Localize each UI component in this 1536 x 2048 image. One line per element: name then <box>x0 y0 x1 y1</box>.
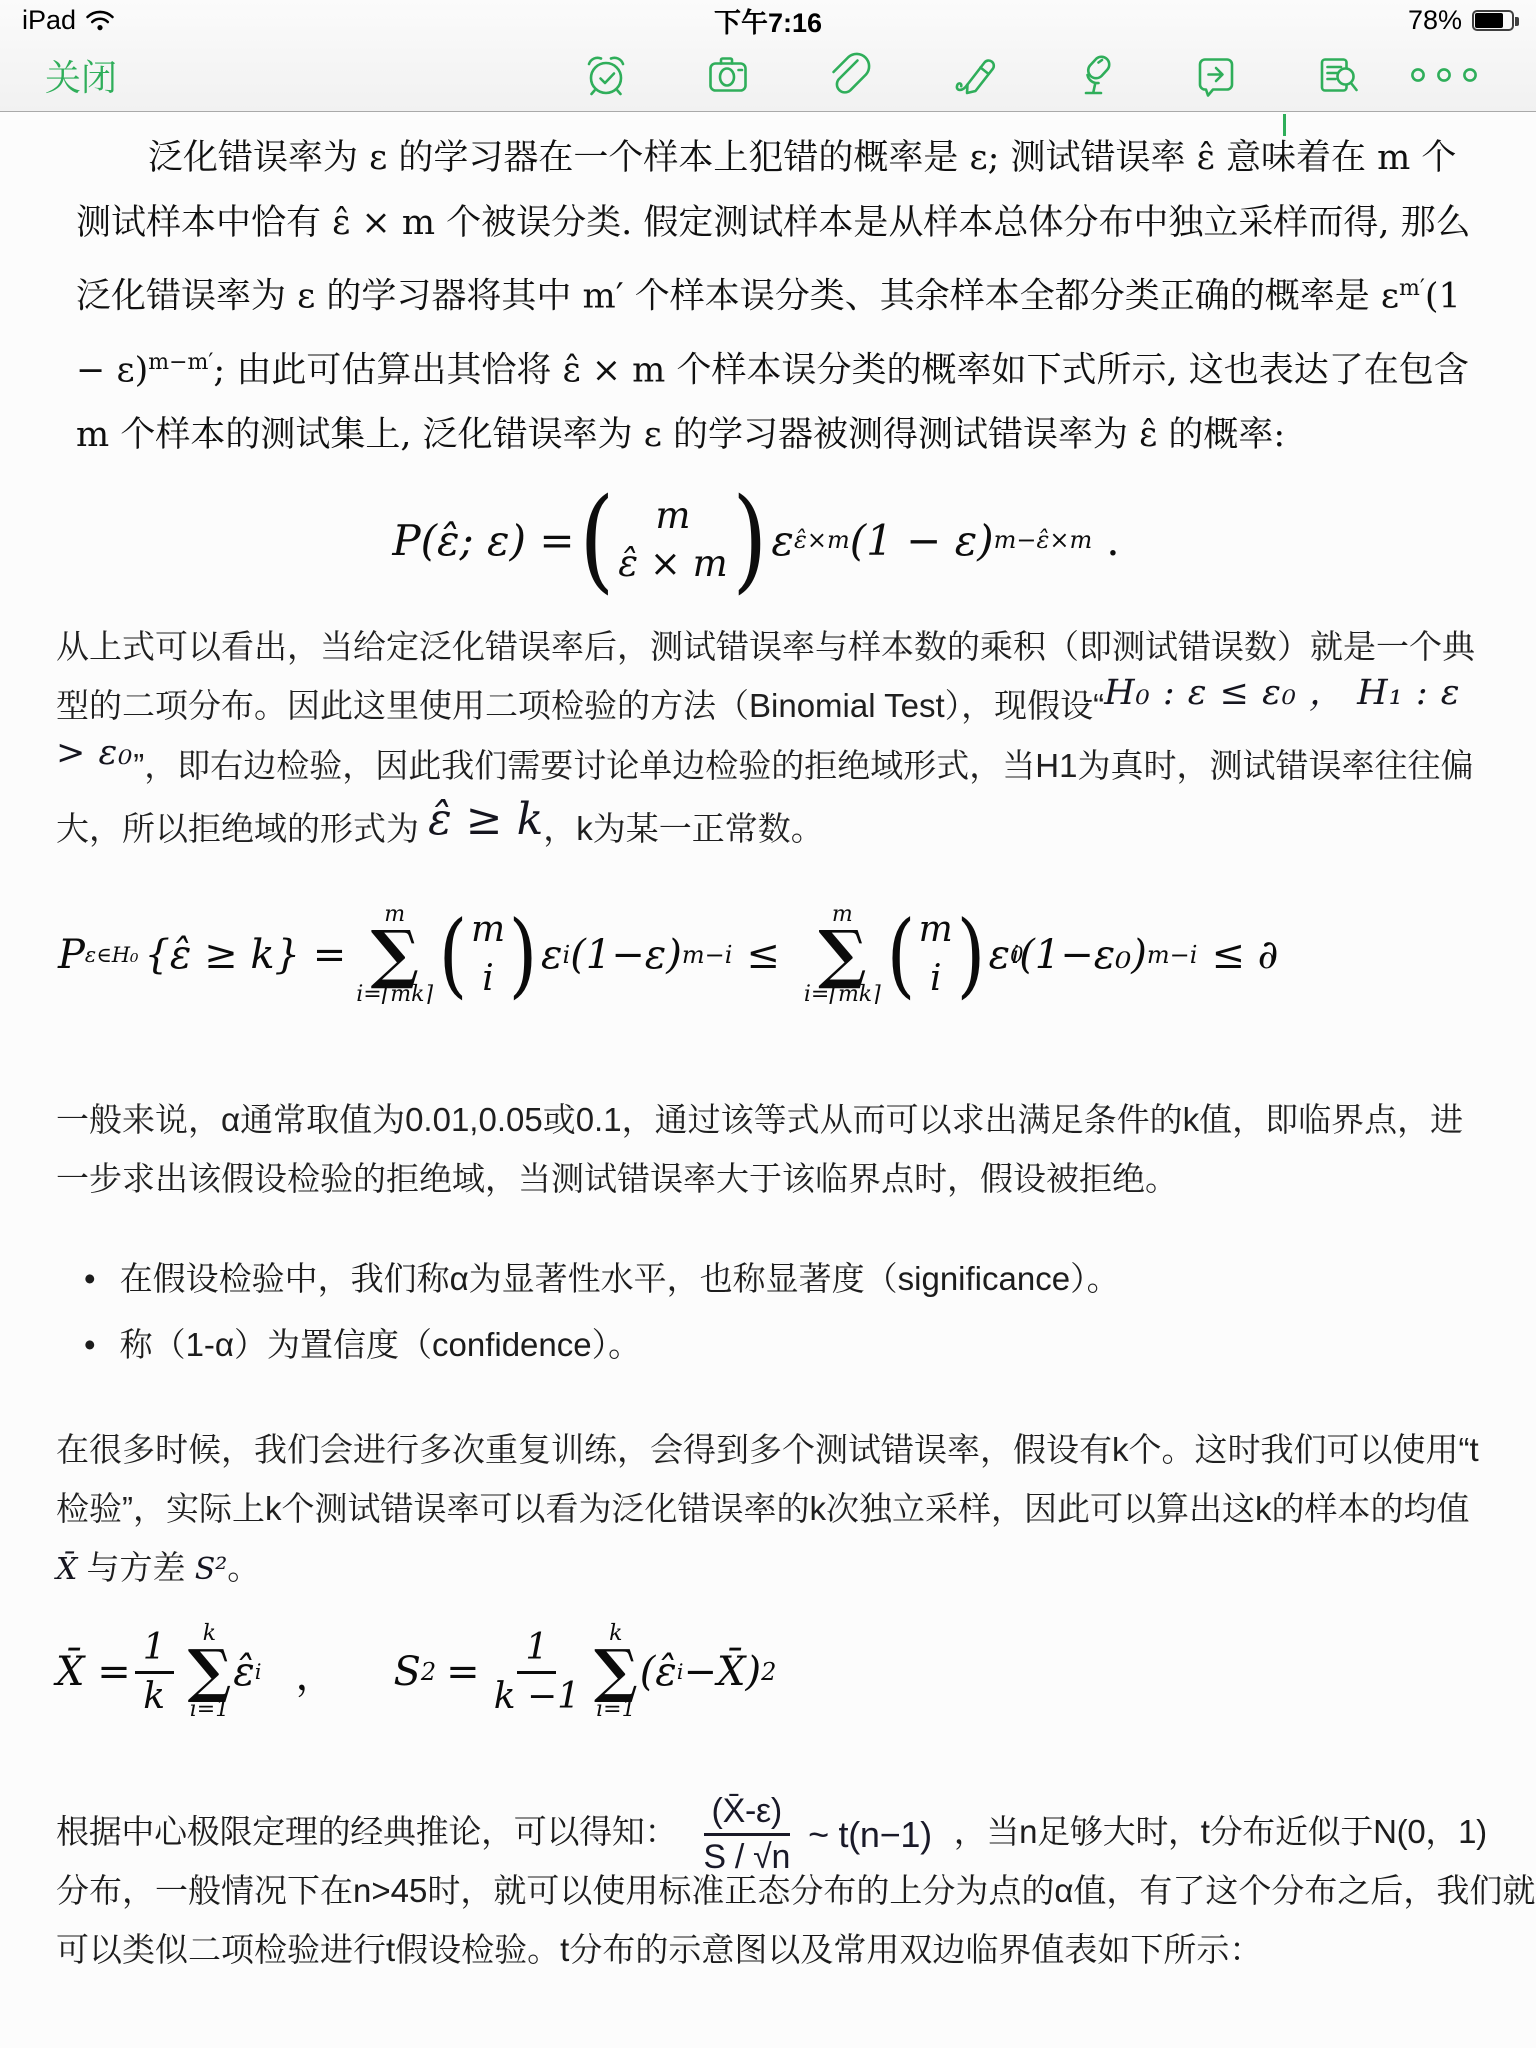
formula-term: {ε̂ ≥ k} = <box>144 932 346 978</box>
exponent: ε̂×m <box>794 526 850 554</box>
exponent: 2 <box>421 1658 436 1686</box>
note-body[interactable]: 泛化错误率为 ε 的学习器在一个样本上犯错的概率是 ε; 测试错误率 ε̂ 意味… <box>0 112 1536 1979</box>
status-bar: iPad 下午7:16 78% <box>0 0 1536 40</box>
right-paren: ) <box>956 916 985 994</box>
formula-term: ε <box>541 932 562 978</box>
formula-term: P <box>58 932 85 978</box>
exponent: m−i <box>1147 941 1198 969</box>
formula-term: (ε̂ <box>640 1649 677 1695</box>
book-text: 泛化错误率为 ε 的学习器在一个样本上犯错的概率是 ε; 测试错误率 ε̂ 意味… <box>76 138 1471 317</box>
binomial-coefficient: m i <box>471 906 505 1003</box>
bullet-dot: • <box>84 1246 96 1312</box>
bullet-dot: • <box>84 1312 96 1378</box>
rejection-probability-formula[interactable]: Pε∈H₀ {ε̂ ≥ k} = m ∑ i=⌈mk⌉ ( m i ) εi(1… <box>58 904 1496 1007</box>
list-item: • 在假设检验中，我们称α为显著性水平，也称显著度（significance）。 <box>84 1246 1496 1312</box>
book-excerpt-image[interactable]: 泛化错误率为 ε 的学习器在一个样本上犯错的概率是 ε; 测试错误率 ε̂ 意味… <box>56 116 1496 468</box>
note-search-icon[interactable] <box>1314 51 1362 99</box>
handwriting-pen-icon[interactable] <box>948 51 996 99</box>
subscript: i <box>255 1660 262 1684</box>
variance-symbol-image[interactable]: S² <box>195 1552 228 1587</box>
paragraph-text: 根据中心极限定理的经典推论，可以得知： <box>56 1802 677 1861</box>
equals: = <box>446 1649 480 1695</box>
summation: m ∑ i=⌈mk⌉ <box>804 904 881 1007</box>
list-item: • 称（1-α）为置信度（confidence）。 <box>84 1312 1496 1378</box>
right-paren: ) <box>732 493 767 588</box>
subscript: i <box>677 1660 684 1684</box>
binomial-coefficient: m i <box>919 906 953 1003</box>
fraction: 1 k <box>135 1626 174 1717</box>
reminder-alarm-icon[interactable] <box>582 51 630 99</box>
formula-term: S <box>393 1649 420 1695</box>
exponent: i <box>563 941 571 969</box>
formula-term: ≤ ∂ <box>1211 932 1278 978</box>
fraction: 1 k −1 <box>494 1626 580 1717</box>
binomial-probability-formula[interactable]: P(ε̂; ε) = ( m ε̂ × m ) εε̂×m (1 − ε)m−ε… <box>56 492 1456 588</box>
app-header: iPad 下午7:16 78% 关闭 <box>0 0 1536 112</box>
camera-icon[interactable] <box>704 51 752 99</box>
list-item-text: 在假设检验中，我们称α为显著性水平，也称显著度（significance）。 <box>120 1246 1120 1312</box>
paragraph-text: ，当n足够大时，t分布近似于N(0，1) <box>954 1802 1487 1861</box>
formula-term: (1 − ε) <box>850 516 994 565</box>
formula-term: (1−ε) <box>570 932 682 978</box>
clt-paragraph-line: 根据中心极限定理的经典推论，可以得知： (X̄-ε) S / √n ~ t(n−… <box>56 1775 1496 1862</box>
alpha-paragraph: 一般来说，α通常取值为0.01,0.05或0.1，通过该等式从而可以求出满足条件… <box>56 1090 1496 1208</box>
formula-term: ε <box>771 516 794 565</box>
summation: k ∑ i=1 <box>594 1623 638 1720</box>
left-paren: ( <box>579 493 614 588</box>
exponent: m−ε̂×m <box>994 526 1093 554</box>
formula-term: X̄ = <box>56 1649 131 1695</box>
rejection-region-formula-image[interactable]: ε̂ ≥ k <box>428 794 543 845</box>
book-superscript: m−m′ <box>148 350 213 375</box>
book-text: ; 由此可估算出其恰将 ε̂ × m 个样本误分类的概率如下式所示, 这也表达了… <box>76 350 1469 455</box>
binomial-coefficient: m ε̂ × m <box>618 492 727 588</box>
audio-microphone-icon[interactable] <box>1070 51 1118 99</box>
paragraph-text: 在很多时候，我们会进行多次重复训练，会得到多个测试错误率，假设有k个。这时我们可… <box>56 1431 1479 1527</box>
t-distribution-formula-image[interactable]: (X̄-ε) S / √n ~ t(n−1) <box>699 1791 931 1878</box>
comma: ， <box>295 1644 335 1701</box>
summation: k ∑ i=1 <box>188 1623 232 1720</box>
formula-term: ε <box>989 932 1010 978</box>
attachment-paperclip-icon[interactable] <box>826 51 874 99</box>
list-item-text: 称（1-α）为置信度（confidence）。 <box>120 1312 642 1378</box>
paragraph-text: 与方差 <box>77 1549 194 1586</box>
share-send-icon[interactable] <box>1192 51 1240 99</box>
summation: m ∑ i=⌈mk⌉ <box>356 904 433 1007</box>
exponent: i <box>1012 941 1020 969</box>
battery-percent: 78% <box>1408 5 1462 36</box>
book-superscript: m′ <box>1399 276 1425 301</box>
bullet-list: • 在假设检验中，我们称α为显著性水平，也称显著度（significance）。… <box>56 1246 1496 1378</box>
formula-lhs: P(ε̂; ε) = <box>392 516 574 565</box>
battery-icon <box>1472 10 1514 31</box>
fraction: (X̄-ε) S / √n <box>703 1791 790 1878</box>
right-paren: ) <box>509 916 538 994</box>
clock: 下午7:16 <box>0 1 1536 40</box>
left-paren: ( <box>439 916 468 994</box>
left-paren: ( <box>886 916 915 994</box>
binomial-test-paragraph: 从上式可以看出，当给定泛化错误率后，测试错误率与样本数的乘积（即测试错误数）就是… <box>56 617 1496 858</box>
subscript: ε∈H₀ <box>85 943 139 967</box>
ttest-paragraph: 在很多时候，我们会进行多次重复训练，会得到多个测试错误率，假设有k个。这时我们可… <box>56 1420 1496 1599</box>
formula-term: (1−ε₀) <box>1019 932 1147 978</box>
formula-period: . <box>1106 516 1119 565</box>
paragraph-text: 。 <box>227 1549 260 1586</box>
paragraph-text: ，k为某一正常数。 <box>543 810 824 847</box>
toolbar-icons <box>582 51 1362 99</box>
close-button[interactable]: 关闭 <box>45 50 117 101</box>
exponent: 2 <box>761 1658 776 1686</box>
less-equal: ≤ <box>746 932 780 978</box>
clt-paragraph-line3: 可以类似二项检验进行t假设检验。t分布的示意图以及常用双边临界值表如下所示： <box>56 1920 1496 1979</box>
formula-term: ε̂ <box>233 1649 254 1695</box>
formula-term: ~ t(n−1) <box>808 1805 932 1864</box>
note-toolbar: 关闭 <box>0 40 1536 110</box>
text-cursor <box>1283 114 1286 136</box>
formula-term: −X̄) <box>683 1649 761 1695</box>
mean-variance-formula[interactable]: X̄ = 1 k k ∑ i=1 ε̂i ， S2 = 1 k −1 k ∑ i… <box>56 1623 1496 1720</box>
exponent: m−i <box>682 941 733 969</box>
more-options-icon[interactable] <box>1406 51 1482 99</box>
mean-symbol-image[interactable]: X̄ <box>56 1552 77 1587</box>
